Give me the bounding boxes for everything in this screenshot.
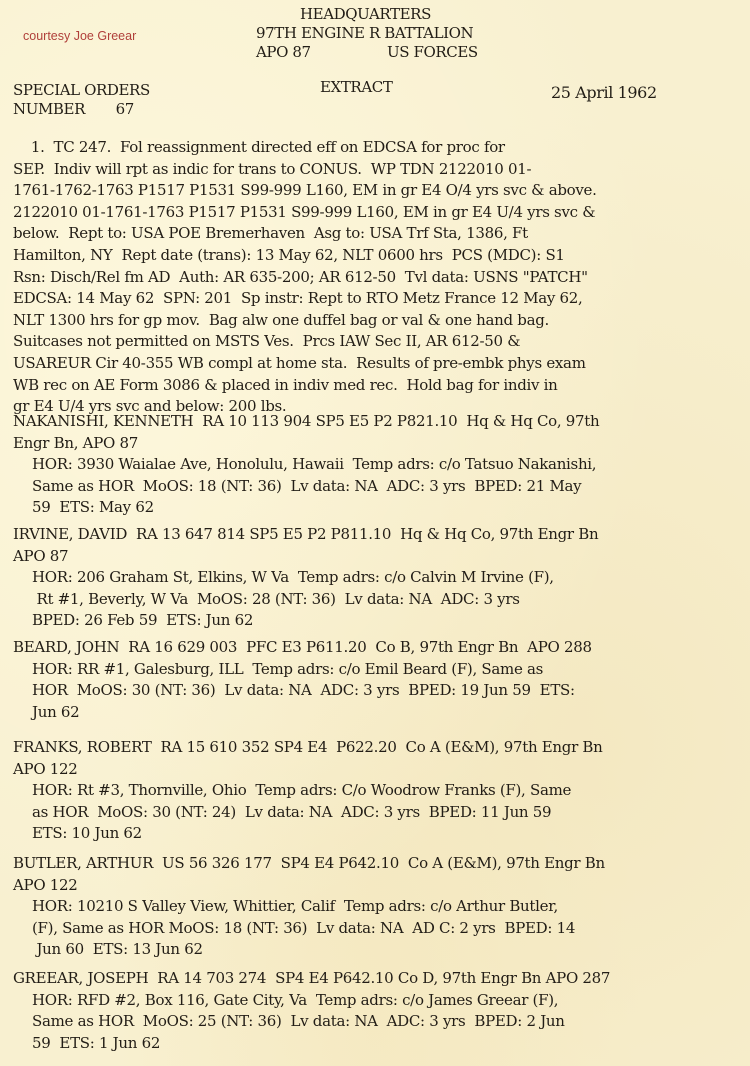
soldier-detail-line: Same as HOR MoOS: 25 (NT: 36) Lv data: N… xyxy=(13,1011,610,1033)
soldier-entry: IRVINE, DAVID RA 13 647 814 SP5 E5 P2 P8… xyxy=(13,524,598,632)
extract-label: EXTRACT xyxy=(320,78,392,96)
soldier-detail-line: (F), Same as HOR MoOS: 18 (NT: 36) Lv da… xyxy=(13,918,605,940)
paragraph-line: WB rec on AE Form 3086 & placed in indiv… xyxy=(13,375,597,397)
soldier-detail-line: HOR: RFD #2, Box 116, Gate City, Va Temp… xyxy=(13,990,610,1012)
paragraph-line: 1. TC 247. Fol reassignment directed eff… xyxy=(13,137,597,159)
header-unit: 97TH ENGINE R BATTALION xyxy=(256,24,473,42)
soldier-detail-line: Jun 62 xyxy=(13,702,592,724)
paragraph-line: below. Rept to: USA POE Bremerhaven Asg … xyxy=(13,223,597,245)
soldier-detail-line: as HOR MoOS: 30 (NT: 24) Lv data: NA ADC… xyxy=(13,802,603,824)
order-paragraph: 1. TC 247. Fol reassignment directed eff… xyxy=(13,137,597,418)
paragraph-line: 2122010 01-1761-1763 P1517 P1531 S99-999… xyxy=(13,202,597,224)
orders-number: NUMBER 67 xyxy=(13,100,134,118)
soldier-entry: BUTLER, ARTHUR US 56 326 177 SP4 E4 P642… xyxy=(13,853,605,961)
soldier-entry: BEARD, JOHN RA 16 629 003 PFC E3 P611.20… xyxy=(13,637,592,723)
soldier-detail-line: HOR: Rt #3, Thornville, Ohio Temp adrs: … xyxy=(13,780,603,802)
soldier-detail-line: ETS: 10 Jun 62 xyxy=(13,823,603,845)
soldier-detail-line: BPED: 26 Feb 59 ETS: Jun 62 xyxy=(13,610,598,632)
soldier-name-line: BEARD, JOHN RA 16 629 003 PFC E3 P611.20… xyxy=(13,637,592,659)
soldier-unit-line: Engr Bn, APO 87 xyxy=(13,433,599,455)
soldier-name-line: NAKANISHI, KENNETH RA 10 113 904 SP5 E5 … xyxy=(13,411,599,433)
soldier-detail-line: HOR: 10210 S Valley View, Whittier, Cali… xyxy=(13,896,605,918)
orders-type: SPECIAL ORDERS xyxy=(13,81,150,99)
soldier-detail-line: Rt #1, Beverly, W Va MoOS: 28 (NT: 36) L… xyxy=(13,589,598,611)
soldier-detail-line: HOR: 206 Graham St, Elkins, W Va Temp ad… xyxy=(13,567,598,589)
header-headquarters: HEADQUARTERS xyxy=(300,5,431,23)
soldier-detail-line: HOR: RR #1, Galesburg, ILL Temp adrs: c/… xyxy=(13,659,592,681)
soldier-name-line: BUTLER, ARTHUR US 56 326 177 SP4 E4 P642… xyxy=(13,853,605,875)
soldier-unit-line: APO 122 xyxy=(13,759,603,781)
paragraph-line: NLT 1300 hrs for gp mov. Bag alw one duf… xyxy=(13,310,597,332)
soldier-detail-line: 59 ETS: 1 Jun 62 xyxy=(13,1033,610,1055)
soldier-name-line: IRVINE, DAVID RA 13 647 814 SP5 E5 P2 P8… xyxy=(13,524,598,546)
paragraph-line: EDCSA: 14 May 62 SPN: 201 Sp instr: Rept… xyxy=(13,288,597,310)
courtesy-credit: courtesy Joe Greear xyxy=(23,29,136,43)
soldier-entry: GREEAR, JOSEPH RA 14 703 274 SP4 E4 P642… xyxy=(13,968,610,1054)
soldier-detail-line: Jun 60 ETS: 13 Jun 62 xyxy=(13,939,605,961)
soldier-name-line: GREEAR, JOSEPH RA 14 703 274 SP4 E4 P642… xyxy=(13,968,610,990)
soldier-entry: FRANKS, ROBERT RA 15 610 352 SP4 E4 P622… xyxy=(13,737,603,845)
soldier-unit-line: APO 122 xyxy=(13,875,605,897)
header-forces: US FORCES xyxy=(387,43,478,61)
soldier-unit-line: APO 87 xyxy=(13,546,598,568)
soldier-detail-line: Same as HOR MoOS: 18 (NT: 36) Lv data: N… xyxy=(13,476,599,498)
paragraph-line: SEP. Indiv will rpt as indic for trans t… xyxy=(13,159,597,181)
paragraph-line: USAREUR Cir 40-355 WB compl at home sta.… xyxy=(13,353,597,375)
paragraph-line: Rsn: Disch/Rel fm AD Auth: AR 635-200; A… xyxy=(13,267,597,289)
header-apo: APO 87 xyxy=(256,43,311,61)
paragraph-line: Suitcases not permitted on MSTS Ves. Prc… xyxy=(13,331,597,353)
paragraph-line: 1761-1762-1763 P1517 P1531 S99-999 L160,… xyxy=(13,180,597,202)
soldier-entry: NAKANISHI, KENNETH RA 10 113 904 SP5 E5 … xyxy=(13,411,599,519)
soldier-name-line: FRANKS, ROBERT RA 15 610 352 SP4 E4 P622… xyxy=(13,737,603,759)
soldier-detail-line: 59 ETS: May 62 xyxy=(13,497,599,519)
paragraph-line: Hamilton, NY Rept date (trans): 13 May 6… xyxy=(13,245,597,267)
soldier-detail-line: HOR MoOS: 30 (NT: 36) Lv data: NA ADC: 3… xyxy=(13,680,592,702)
soldier-detail-line: HOR: 3930 Waialae Ave, Honolulu, Hawaii … xyxy=(13,454,599,476)
order-date: 25 April 1962 xyxy=(551,83,657,102)
